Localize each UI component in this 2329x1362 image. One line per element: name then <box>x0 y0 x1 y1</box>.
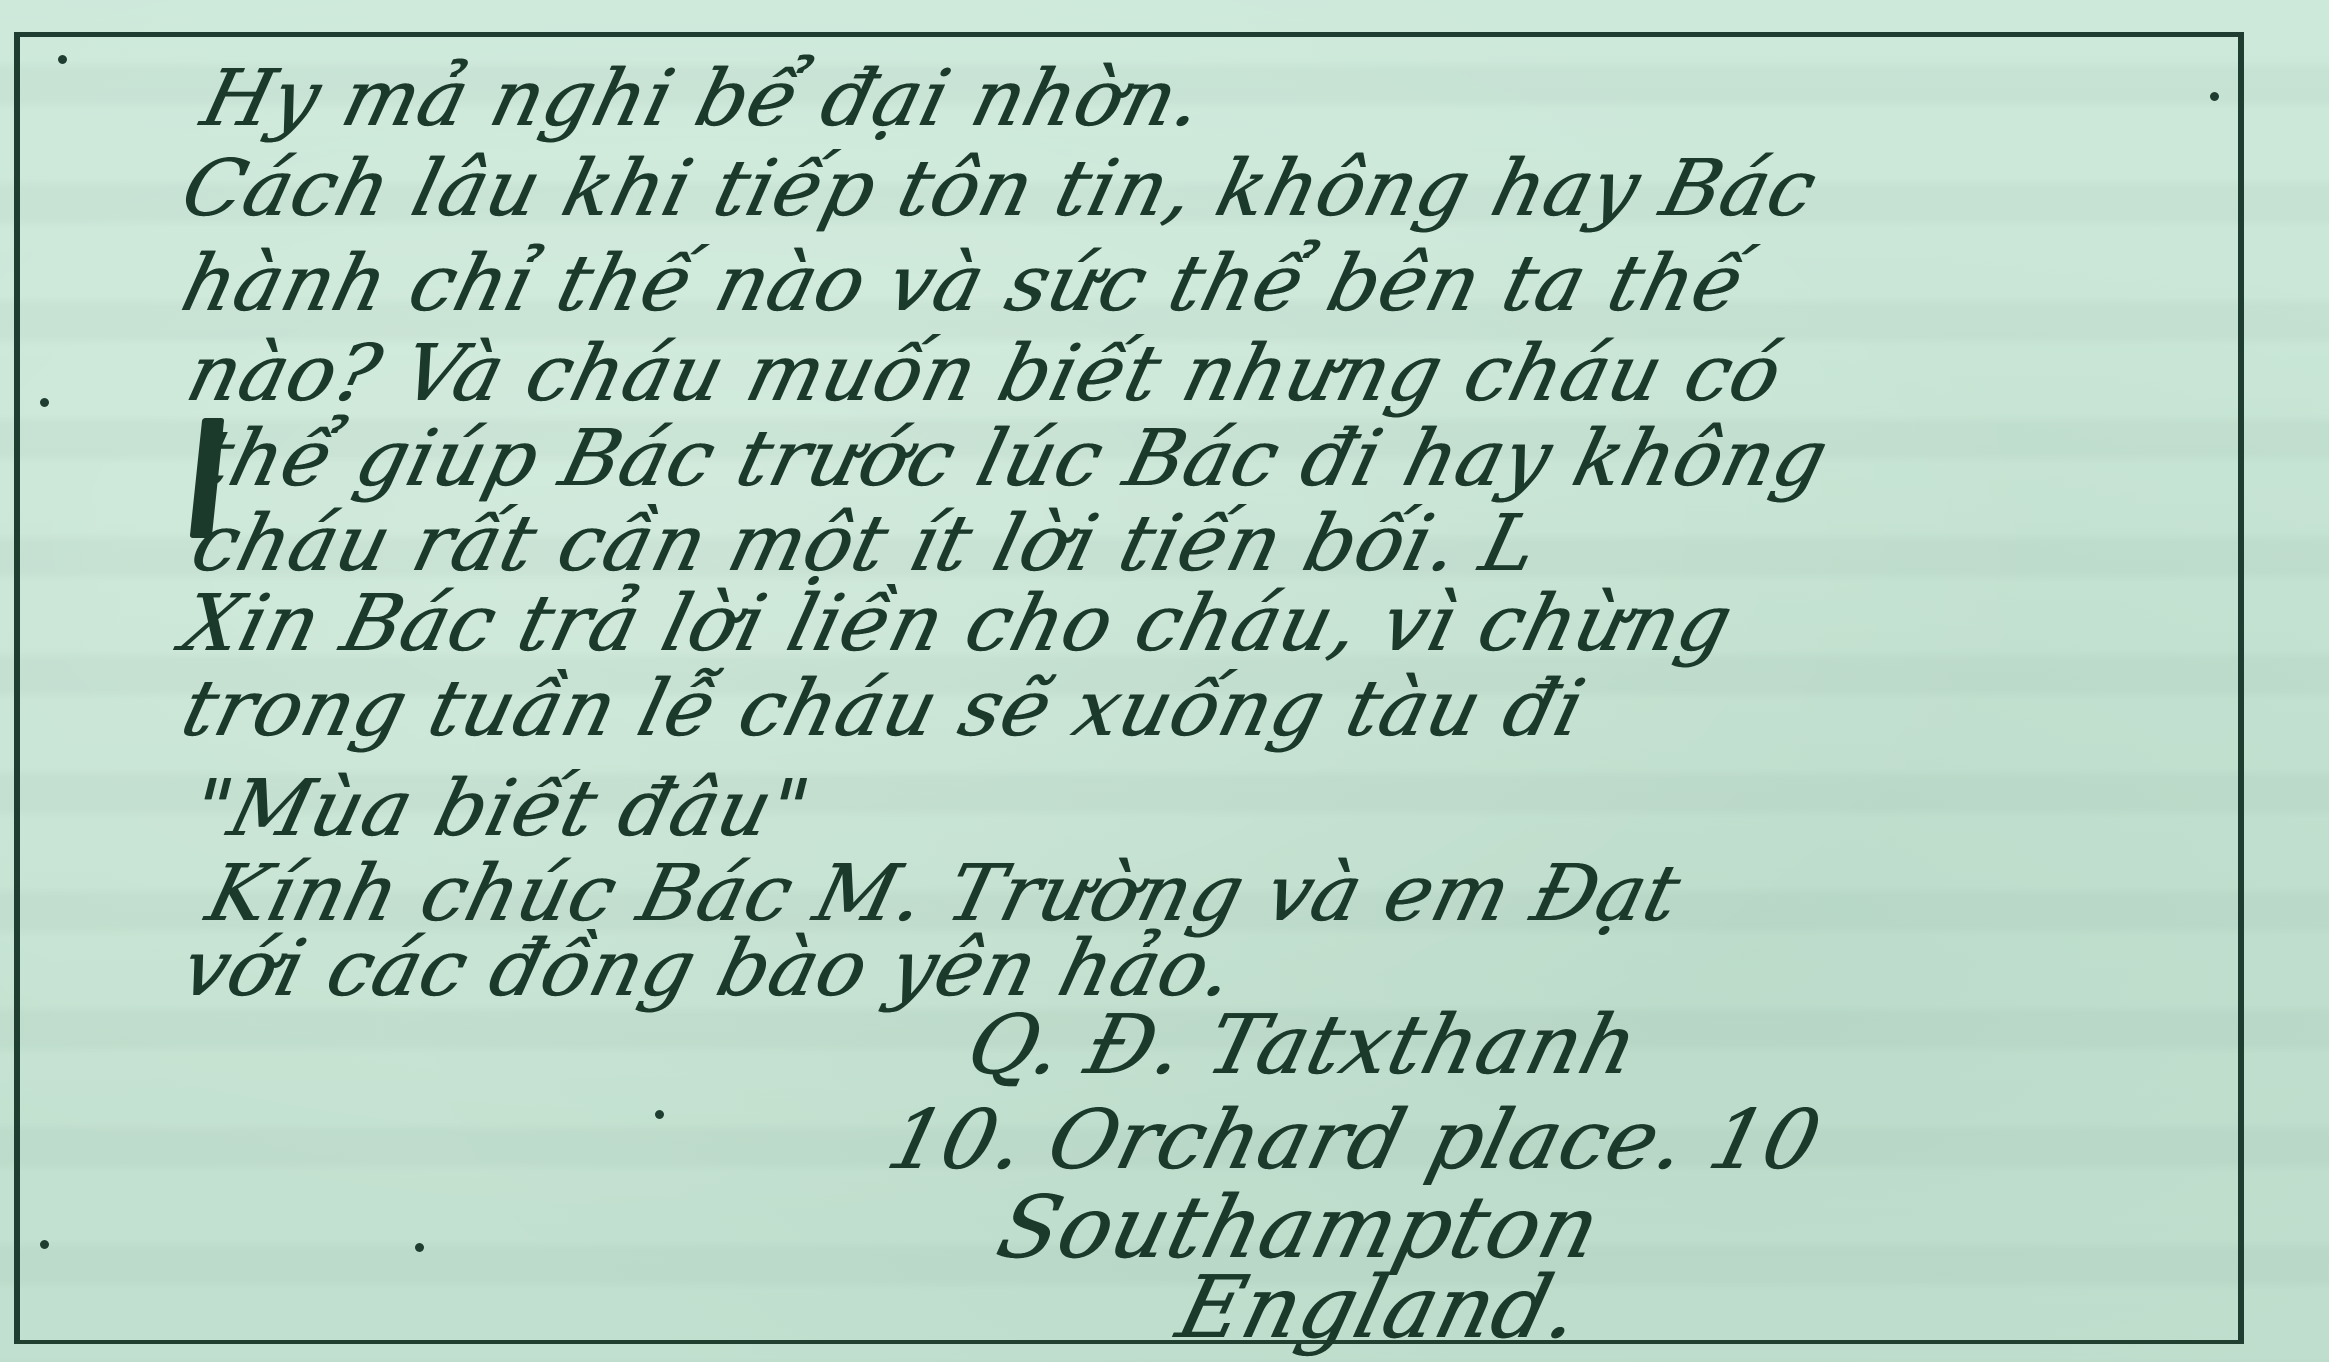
letter-line: trong tuần lễ cháu sẽ xuống tàu đi <box>175 670 1592 748</box>
address-country: England. <box>1170 1265 1589 1351</box>
letter-line: Cách lâu khi tiếp tôn tin, không hay Bác <box>175 150 1824 228</box>
signature: Q. Đ. Tatxthanh <box>960 1005 1646 1087</box>
letter-line-closing: với các đồng bào yên hảo. <box>175 930 1242 1008</box>
address-street: 10. Orchard place. 10 <box>880 1100 1828 1182</box>
letter-line: thể giúp Bác trước lúc Bác đi hay không <box>190 420 1835 498</box>
letter-line: hành chỉ thế nào và sức thể bên ta thế <box>175 245 1753 323</box>
letter-line: Xin Bác trả lời liền cho cháu, vì chừng <box>175 585 1740 663</box>
letter-line-closing: Kính chúc Bác M. Trường và em Đạt <box>200 855 1688 933</box>
letter-line: cháu rất cần một ít lời tiến bối. L <box>185 505 1546 583</box>
handwritten-letter: Hy mả nghi bể đại nhờn. Cách lâu khi tiế… <box>0 0 2329 1362</box>
letter-line-greeting: Hy mả nghi bể đại nhờn. <box>195 60 1211 138</box>
letter-line: nào? Và cháu muốn biết nhưng cháu có <box>180 335 1789 413</box>
letter-line-quote: "Mùa biết đâu" <box>185 770 817 848</box>
